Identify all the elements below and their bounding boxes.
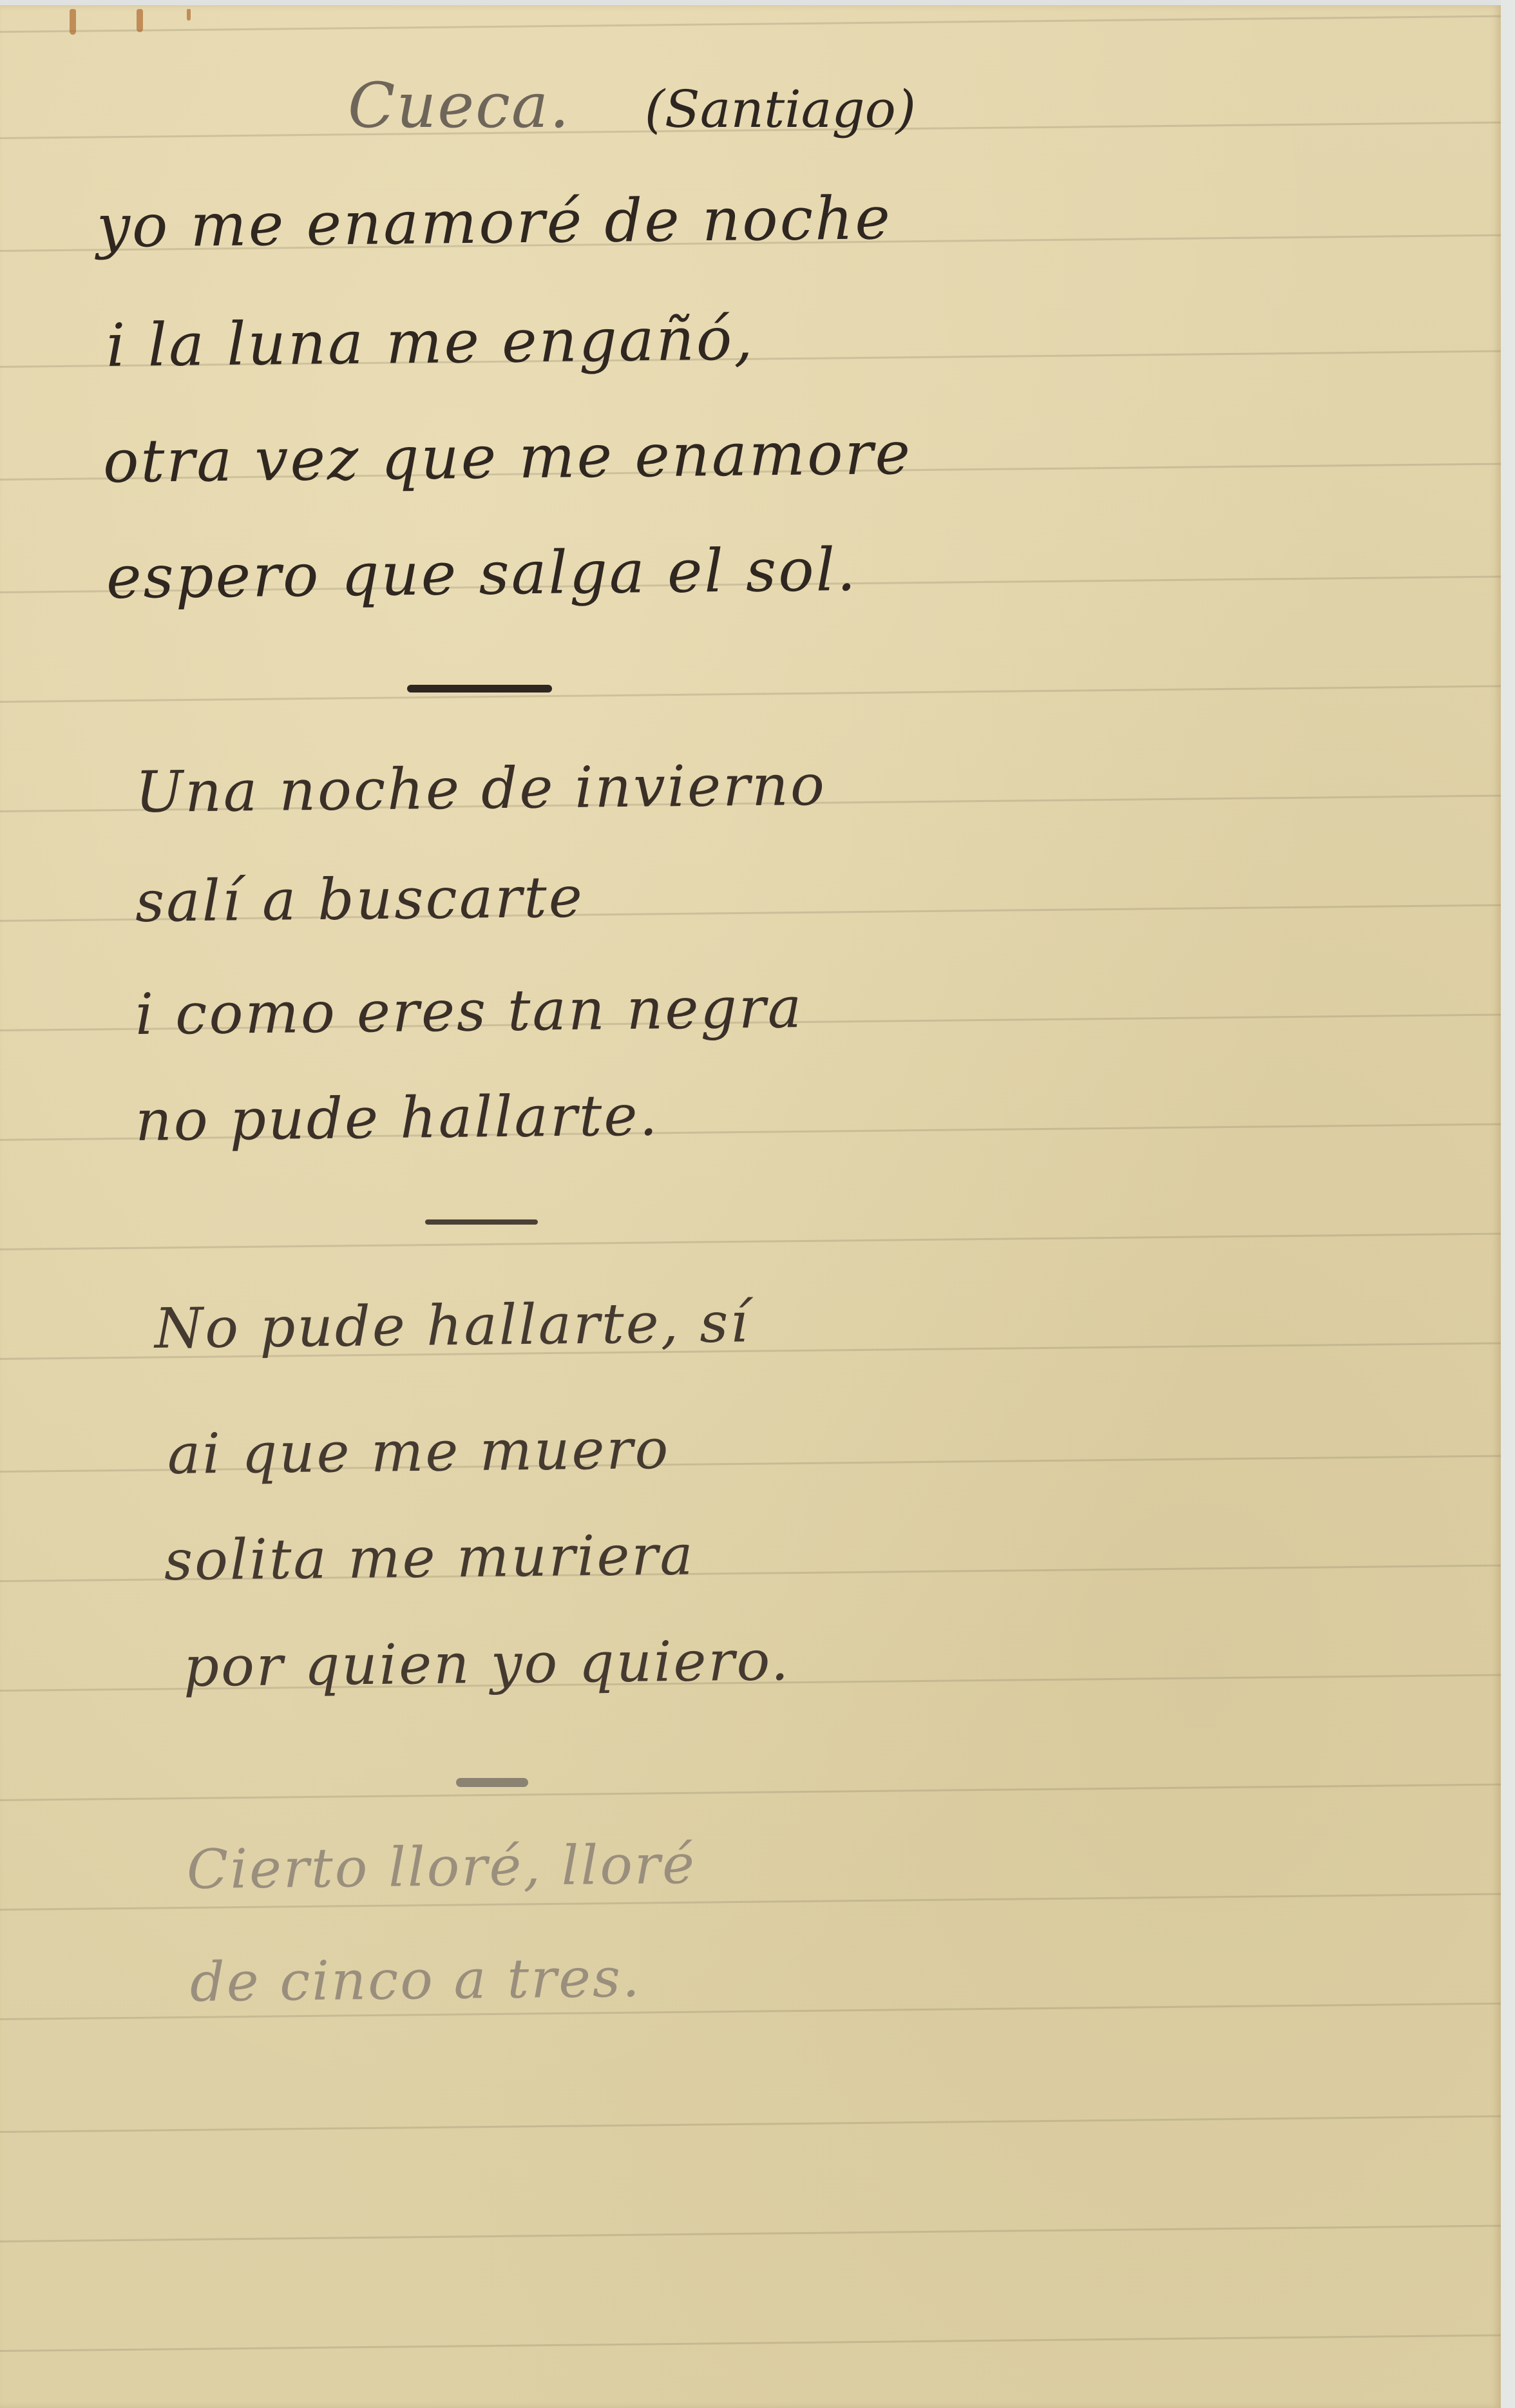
stanza-1-line-1: yo me enamoré de noche [96, 184, 892, 261]
stanza-3-line-3: solita me muriera [164, 1523, 695, 1593]
title-location: (Santiago) [645, 79, 916, 139]
rust-stain [187, 9, 191, 21]
stanza-divider [425, 1219, 538, 1225]
page-title: Cueca. (Santiago) [348, 70, 916, 142]
stanza-divider [407, 685, 552, 693]
rust-stain [137, 9, 143, 32]
stanza-2-line-2: salí a buscarte [135, 864, 584, 935]
stanza-3-line-2: ai que me muero [167, 1417, 670, 1487]
ruled-line [0, 685, 1501, 703]
ruled-line [0, 1784, 1501, 1801]
stanza-2-line-3: i como eres tan negra [135, 974, 803, 1047]
stanza-1-line-3: otra vez que me enamore [102, 419, 912, 496]
stanza-3-line-1: No pude hallarte, sí [154, 1290, 750, 1361]
stanza-3-line-4: por quien yo quiero. [183, 1629, 790, 1699]
ruled-line [0, 15, 1501, 33]
rust-stain [70, 9, 76, 35]
title: Cueca. [348, 70, 571, 142]
stanza-1-line-2: i la luna me engañó, [106, 304, 755, 380]
stanza-4-line-1: Cierto lloré, lloré [186, 1833, 696, 1901]
page-edge-background [1501, 0, 1515, 2408]
stanza-2-line-4: no pude hallarte. [135, 1082, 659, 1154]
stanza-divider [456, 1778, 528, 1787]
stanza-1-line-4: espero que salga el sol. [106, 535, 857, 612]
ruled-line [0, 2225, 1501, 2242]
manuscript-page: Cueca. (Santiago) yo me enamoré de noche… [0, 5, 1501, 2408]
ruled-line [0, 2335, 1501, 2352]
stanza-4-line-2: de cinco a tres. [189, 1946, 642, 2014]
stanza-2-line-1: Una noche de invierno [135, 752, 826, 825]
ruled-line [0, 2116, 1501, 2133]
ruled-line [0, 1233, 1501, 1250]
